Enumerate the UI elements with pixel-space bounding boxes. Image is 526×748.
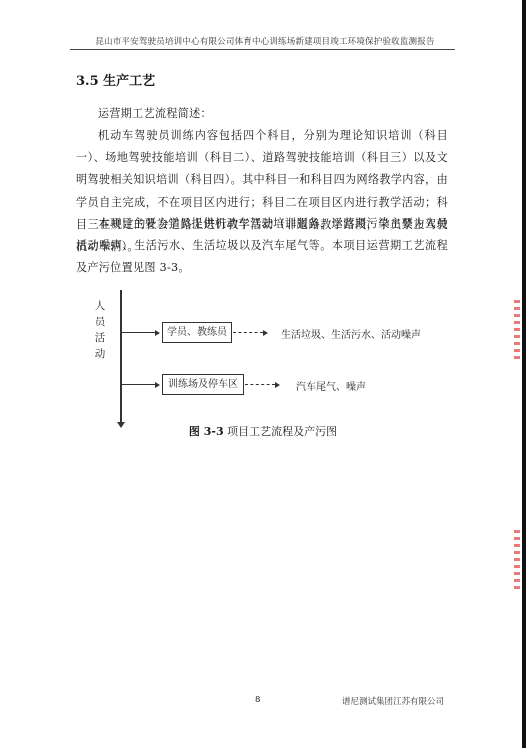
figure-title: 项目工艺流程及产污图 [227,425,337,438]
header-rule [70,49,455,50]
arrow-right-icon [155,382,160,388]
arrow-right-icon [155,330,160,336]
figure-caption: 图 3-3 项目工艺流程及产污图 [0,423,526,439]
page-edge [522,0,526,748]
pollution-output: 生活垃圾、生活污水、活动噪声 [281,326,421,341]
pollution-output: 汽车尾气、噪声 [296,378,366,393]
process-flow-diagram: 人员活动 学员、教练员 生活垃圾、生活污水、活动噪声 训练场及停车区 汽车尾气、… [80,285,460,415]
running-header: 昆山市平安驾驶员培训中心有限公司体育中心训练场新建项目竣工环境保护验收监测报告 [75,35,455,47]
seal-stamp-mark [514,530,520,590]
vertical-axis-line [120,290,122,425]
seal-stamp-mark [514,300,520,360]
figure-number: 图 3-3 [189,425,224,438]
page-number: 8 [255,695,260,705]
dashed-connector [245,384,275,385]
flow-box: 训练场及停车区 [162,374,244,395]
paragraph: 本项目主要为学员提供机动车驾驶培训服务，运营期污染主要为人员活动噪声、生活污水、… [76,213,448,280]
footer-company: 谱尼测试集团江苏有限公司 [342,695,444,707]
branch-line [121,384,157,385]
dashed-connector [233,332,263,333]
section-number: 3.5 [76,74,99,89]
section-title: 生产工艺 [103,74,155,89]
arrow-right-icon [275,382,280,388]
branch-line [121,332,157,333]
arrow-right-icon [263,330,268,336]
axis-label: 人员活动 [93,298,107,362]
flow-box: 学员、教练员 [162,322,232,343]
paragraph: 运营期工艺流程简述： [76,103,448,125]
section-heading: 3.5 生产工艺 [76,70,155,89]
